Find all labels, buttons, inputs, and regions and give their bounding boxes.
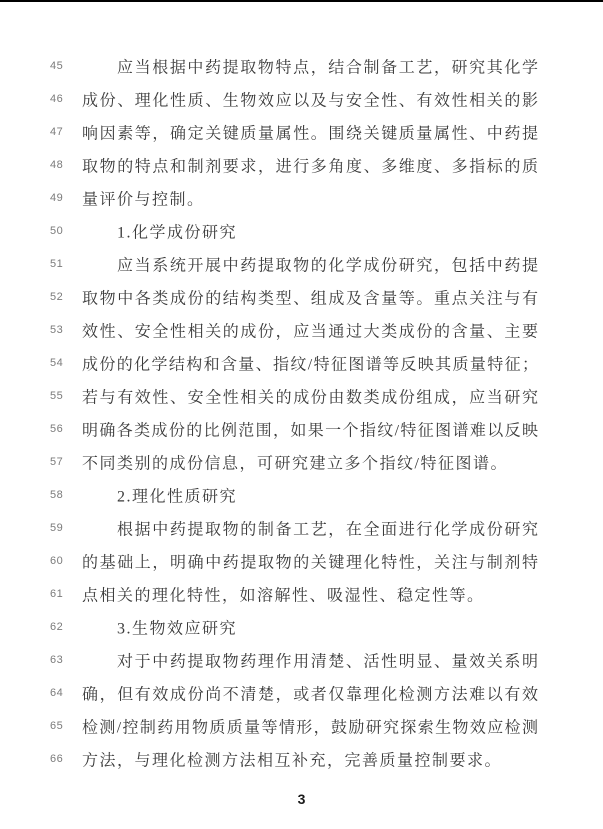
document-line: 61点相关的理化特性，如溶解性、吸湿性、稳定性等。 — [0, 577, 603, 610]
document-line: 60的基础上，明确中药提取物的关键理化特性，关注与制剂特 — [0, 544, 603, 577]
document-line: 63对于中药提取物药理作用清楚、活性明显、量效关系明 — [0, 643, 603, 676]
line-number: 56 — [50, 423, 63, 435]
line-text: 根据中药提取物的制备工艺，在全面进行化学成份研究 — [82, 516, 538, 539]
line-text: 明确各类成份的比例范围，如果一个指纹/特征图谱难以反映 — [82, 417, 538, 440]
line-text: 对于中药提取物药理作用清楚、活性明显、量效关系明 — [82, 648, 538, 671]
line-number: 63 — [50, 654, 63, 666]
line-number: 50 — [50, 225, 63, 237]
document-line: 48取物的特点和制剂要求，进行多角度、多维度、多指标的质 — [0, 148, 603, 181]
line-number: 58 — [50, 489, 63, 501]
line-number: 61 — [50, 588, 63, 600]
line-number: 49 — [50, 192, 63, 204]
line-text: 若与有效性、安全性相关的成份由数类成份组成，应当研究 — [82, 384, 538, 407]
line-text: 取物的特点和制剂要求，进行多角度、多维度、多指标的质 — [82, 153, 538, 176]
document-line: 64确，但有效成份尚不清楚，或者仅靠理化检测方法难以有效 — [0, 676, 603, 709]
line-number: 57 — [50, 456, 63, 468]
document-line: 54成份的化学结构和含量、指纹/特征图谱等反映其质量特征； — [0, 346, 603, 379]
document-page: 45应当根据中药提取物特点，结合制备工艺，研究其化学46成份、理化性质、生物效应… — [0, 0, 603, 829]
document-line: 501.化学成份研究 — [0, 214, 603, 247]
document-line: 582.理化性质研究 — [0, 478, 603, 511]
line-text: 应当根据中药提取物特点，结合制备工艺，研究其化学 — [82, 54, 538, 77]
document-line: 49量评价与控制。 — [0, 181, 603, 214]
line-text: 量评价与控制。 — [82, 186, 538, 209]
document-body: 45应当根据中药提取物特点，结合制备工艺，研究其化学46成份、理化性质、生物效应… — [0, 49, 603, 775]
line-text: 成份、理化性质、生物效应以及与安全性、有效性相关的影 — [82, 87, 538, 110]
document-line: 57不同类别的成份信息，可研究建立多个指纹/特征图谱。 — [0, 445, 603, 478]
line-text: 响因素等，确定关键质量属性。围绕关键质量属性、中药提 — [82, 120, 538, 143]
line-text: 成份的化学结构和含量、指纹/特征图谱等反映其质量特征； — [82, 351, 538, 374]
document-line: 56明确各类成份的比例范围，如果一个指纹/特征图谱难以反映 — [0, 412, 603, 445]
document-line: 65检测/控制药用物质质量等情形，鼓励研究探索生物效应检测 — [0, 709, 603, 742]
document-line: 623.生物效应研究 — [0, 610, 603, 643]
line-number: 46 — [50, 93, 63, 105]
line-number: 53 — [50, 324, 63, 336]
document-line: 55若与有效性、安全性相关的成份由数类成份组成，应当研究 — [0, 379, 603, 412]
line-text: 取物中各类成份的结构类型、组成及含量等。重点关注与有 — [82, 285, 538, 308]
line-number: 60 — [50, 555, 63, 567]
top-rule — [0, 0, 603, 2]
document-line: 47响因素等，确定关键质量属性。围绕关键质量属性、中药提 — [0, 115, 603, 148]
line-text: 应当系统开展中药提取物的化学成份研究，包括中药提 — [82, 252, 538, 275]
page-number: 3 — [0, 791, 603, 807]
line-number: 47 — [50, 126, 63, 138]
line-text: 3.生物效应研究 — [82, 615, 538, 638]
document-line: 45应当根据中药提取物特点，结合制备工艺，研究其化学 — [0, 49, 603, 82]
line-text: 效性、安全性相关的成份，应当通过大类成份的含量、主要 — [82, 318, 538, 341]
line-number: 66 — [50, 753, 63, 765]
line-text: 方法，与理化检测方法相互补充，完善质量控制要求。 — [82, 747, 538, 770]
line-number: 65 — [50, 720, 63, 732]
line-number: 52 — [50, 291, 63, 303]
line-text: 2.理化性质研究 — [82, 483, 538, 506]
document-line: 51应当系统开展中药提取物的化学成份研究，包括中药提 — [0, 247, 603, 280]
line-number: 64 — [50, 687, 63, 699]
line-text: 的基础上，明确中药提取物的关键理化特性，关注与制剂特 — [82, 549, 538, 572]
document-line: 52取物中各类成份的结构类型、组成及含量等。重点关注与有 — [0, 280, 603, 313]
line-number: 51 — [50, 258, 63, 270]
line-number: 55 — [50, 390, 63, 402]
line-number: 54 — [50, 357, 63, 369]
line-text: 确，但有效成份尚不清楚，或者仅靠理化检测方法难以有效 — [82, 681, 538, 704]
line-number: 59 — [50, 522, 63, 534]
document-line: 46成份、理化性质、生物效应以及与安全性、有效性相关的影 — [0, 82, 603, 115]
document-line: 53效性、安全性相关的成份，应当通过大类成份的含量、主要 — [0, 313, 603, 346]
line-text: 不同类别的成份信息，可研究建立多个指纹/特征图谱。 — [82, 450, 538, 473]
line-number: 48 — [50, 159, 63, 171]
line-text: 检测/控制药用物质质量等情形，鼓励研究探索生物效应检测 — [82, 714, 538, 737]
line-text: 点相关的理化特性，如溶解性、吸湿性、稳定性等。 — [82, 582, 538, 605]
line-number: 45 — [50, 60, 63, 72]
document-line: 66方法，与理化检测方法相互补充，完善质量控制要求。 — [0, 742, 603, 775]
line-number: 62 — [50, 621, 63, 633]
line-text: 1.化学成份研究 — [82, 219, 538, 242]
document-line: 59根据中药提取物的制备工艺，在全面进行化学成份研究 — [0, 511, 603, 544]
